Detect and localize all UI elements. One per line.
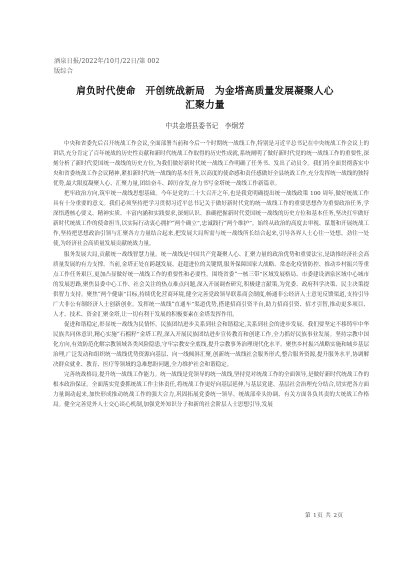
author-byline: 中共金塔县委书记 李炯芳: [40, 120, 370, 130]
page-indicator: 第 1页 共 2页: [305, 511, 343, 519]
title-part-3: 为金塔高质量发展凝聚人心: [215, 86, 334, 97]
source-line: 酒泉日报/2022年/10月/22日/第 002: [54, 57, 160, 67]
paragraph: 中央和省委先后召开统战工作会议,全面部署当前和今后一个时期统一战线工作,特别是习…: [53, 139, 369, 189]
title-part-2: 开创统战新局: [146, 86, 205, 97]
paragraph: 服务发展大局,贡献统一战线智慧力量。统一战线是中国共产党凝聚人心、汇聚力量的政治…: [53, 250, 369, 320]
title-line-2: 汇聚力量: [40, 99, 370, 113]
publication-meta: 酒泉日报/2022年/10月/22日/第 002 版综合: [54, 57, 160, 76]
section-line: 版综合: [54, 67, 160, 77]
title-part-1: 肩负时代使命: [76, 86, 135, 97]
article-body: 中央和省委先后召开统战工作会议,全面部署当前和今后一个时期统一战线工作,特别是习…: [53, 139, 369, 410]
article-title: 肩负时代使命开创统战新局为金塔高质量发展凝聚人心 汇聚力量: [40, 85, 370, 113]
document-page: 酒泉日报/2022年/10月/22日/第 002 版综合 肩负时代使命开创统战新…: [0, 0, 410, 580]
paragraph: 完善统战格局,提升统一战线工作能力。统一战线是党领导的统一战线,坚持党对统战工作…: [53, 370, 369, 410]
paragraph: 把牢政治方向,筑牢统一战线思想基础。今年是党的二十大召开之年,也是我党明确提出统…: [53, 189, 369, 249]
paragraph: 促进和谐稳定,彰显统一战线为民情怀。民族团结进步关系到社会和谐稳定,关系到社会的…: [53, 320, 369, 370]
title-line-1: 肩负时代使命开创统战新局为金塔高质量发展凝聚人心: [40, 85, 370, 99]
